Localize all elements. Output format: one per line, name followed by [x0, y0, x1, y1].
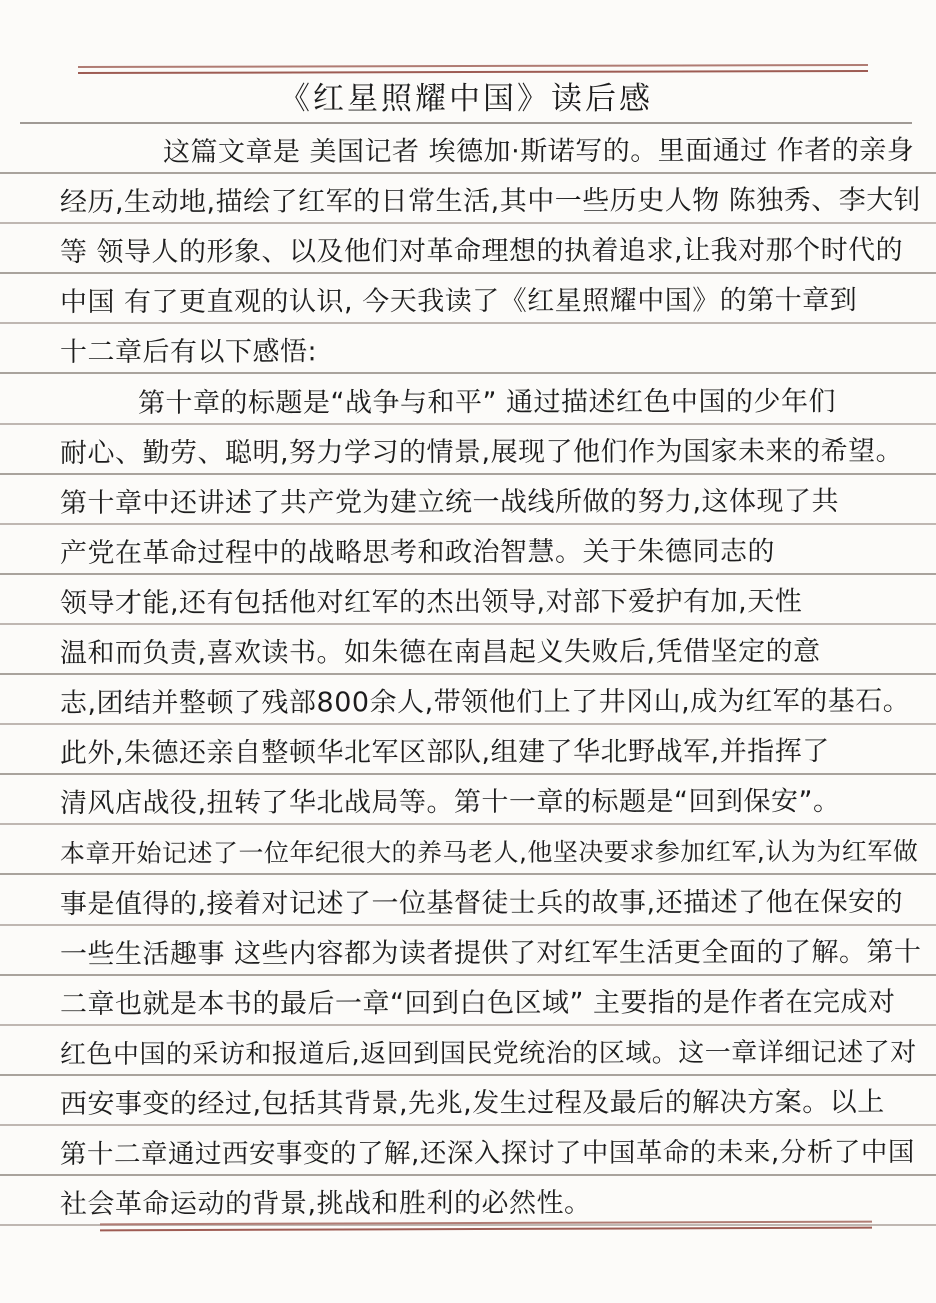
essay-line: 事是值得的,接着对记述了一位基督徒士兵的故事,还描述了他在保安的	[0, 875, 936, 925]
essay-line: 志,团结并整顿了残部800余人,带领他们上了井冈山,成为红军的基石。	[0, 675, 936, 725]
essay-line: 社会革命运动的背景,挑战和胜利的必然性。	[0, 1176, 936, 1226]
essay-line: 十二章后有以下感悟:	[0, 324, 936, 374]
essay-line: 中国 有了更直观的认识, 今天我读了《红星照耀中国》的第十章到	[0, 274, 936, 324]
essay-line: 领导才能,还有包括他对红军的杰出领导,对部下爱护有加,天性	[0, 575, 936, 625]
essay-body: 这篇文章是 美国记者 埃德加·斯诺写的。里面通过 作者的亲身 经历,生动地,描绘…	[0, 124, 936, 1226]
essay-line: 温和而负责,喜欢读书。如朱德在南昌起义失败后,凭借坚定的意	[0, 625, 936, 675]
essay-line: 本章开始记述了一位年纪很大的养马老人,他坚决要求参加红军,认为为红军做	[0, 825, 936, 875]
essay-line: 这篇文章是 美国记者 埃德加·斯诺写的。里面通过 作者的亲身	[0, 124, 936, 174]
essay-line: 产党在革命过程中的战略思考和政治智慧。关于朱德同志的	[0, 525, 936, 575]
notebook-page: 《红星照耀中国》读后感 这篇文章是 美国记者 埃德加·斯诺写的。里面通过 作者的…	[0, 0, 936, 1303]
essay-line: 西安事变的经过,包括其背景,先兆,发生过程及最后的解决方案。以上	[0, 1076, 936, 1126]
essay-line: 经历,生动地,描绘了红军的日常生活,其中一些历史人物 陈独秀、李大钊	[0, 174, 936, 224]
essay-line: 二章也就是本书的最后一章“回到白色区域” 主要指的是作者在完成对	[0, 976, 936, 1026]
essay-line: 清风店战役,扭转了华北战局等。第十一章的标题是“回到保安”。	[0, 775, 936, 825]
essay-line: 等 领导人的形象、以及他们对革命理想的执着追求,让我对那个时代的	[0, 224, 936, 274]
essay-line: 第十二章通过西安事变的了解,还深入探讨了中国革命的未来,分析了中国	[0, 1126, 936, 1176]
essay-line: 此外,朱德还亲自整顿华北军区部队,组建了华北野战军,并指挥了	[0, 725, 936, 775]
bottom-margin-line	[100, 1221, 872, 1232]
essay-line: 一些生活趣事 这些内容都为读者提供了对红军生活更全面的了解。第十	[0, 926, 936, 976]
essay-line: 耐心、勤劳、聪明,努力学习的情景,展现了他们作为国家未来的希望。	[0, 425, 936, 475]
essay-line: 红色中国的采访和报道后,返回到国民党统治的区域。这一章详细记述了对	[0, 1026, 936, 1076]
essay-title: 《红星照耀中国》读后感	[20, 74, 912, 124]
essay-title-text: 《红星照耀中国》读后感	[279, 73, 653, 122]
essay-line: 第十章中还讲述了共产党为建立统一战线所做的努力,这体现了共	[0, 475, 936, 525]
essay-line: 第十章的标题是“战争与和平” 通过描述红色中国的少年们	[0, 374, 936, 424]
